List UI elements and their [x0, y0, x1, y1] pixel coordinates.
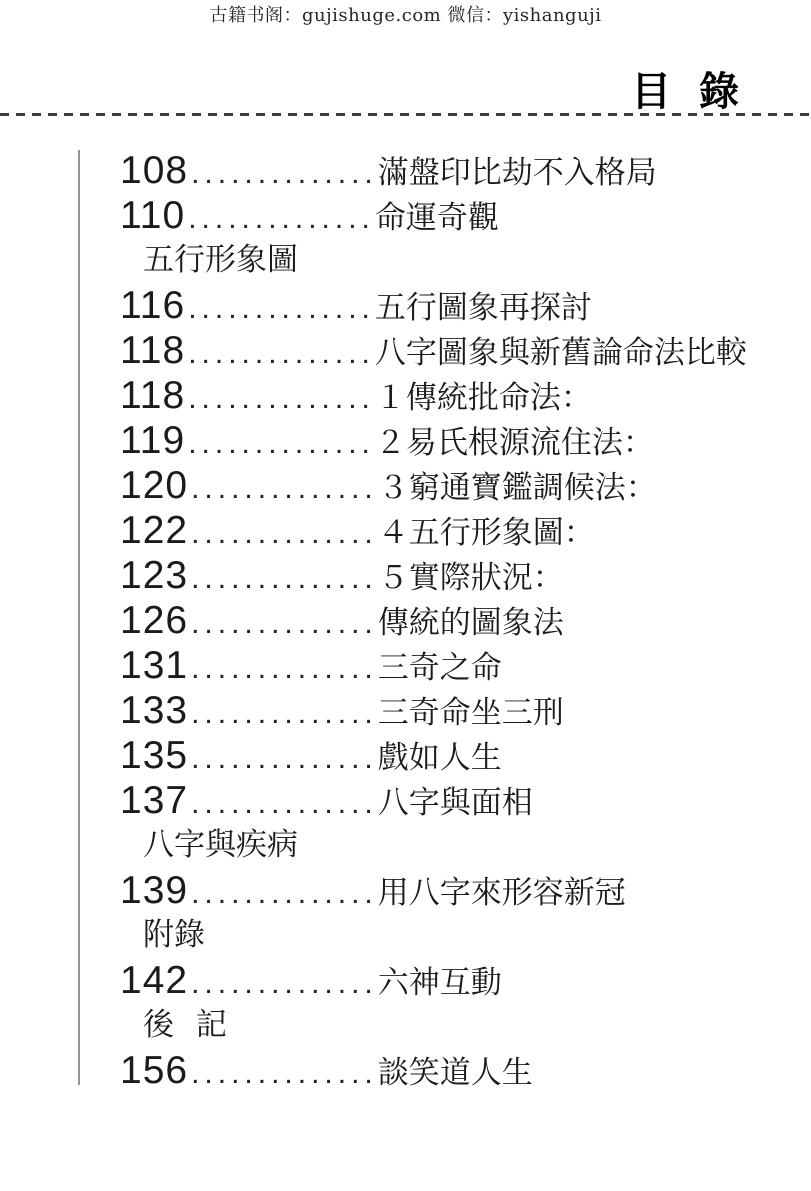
entry-title: 滿盤印比劫不入格局	[378, 155, 657, 191]
leader-dots: ..............	[191, 157, 378, 190]
page-number: 133	[120, 689, 188, 732]
dashed-divider	[0, 113, 811, 116]
entry-title: ３窮通寶鑑調候法：	[378, 470, 657, 506]
leader-dots: ..............	[191, 517, 378, 550]
entry-title: 五行形象圖	[143, 242, 298, 278]
toc-section-header: 後 記	[120, 1003, 780, 1048]
page-number: 139	[120, 869, 188, 912]
entry-title: 戲如人生	[378, 740, 502, 776]
entry-title: 八字與面相	[378, 785, 533, 821]
leader-dots: ..............	[188, 292, 375, 325]
toc-entry: 123..............５實際狀況：	[120, 553, 780, 598]
toc-entry: 116..............五行圖象再探討	[120, 283, 780, 328]
toc-list: 108..............滿盤印比劫不入格局 110..........…	[120, 148, 780, 1093]
toc-entry: 137..............八字與面相	[120, 778, 780, 823]
page-number: 142	[120, 959, 188, 1002]
entry-title: 八字與疾病	[143, 827, 298, 863]
entry-title: 後 記	[143, 1007, 227, 1043]
leader-dots: ..............	[191, 697, 378, 730]
watermark-banner: 古籍书阁：gujishuge.com 微信：yishanguji	[0, 1, 811, 27]
toc-entry: 156..............談笑道人生	[120, 1048, 780, 1093]
leader-dots: ..............	[191, 967, 378, 1000]
page-number: 118	[120, 374, 185, 417]
page-number: 156	[120, 1049, 188, 1092]
entry-title: １傳統批命法：	[375, 380, 592, 416]
leader-dots: ..............	[188, 427, 375, 460]
leader-dots: ..............	[191, 877, 378, 910]
page-number: 108	[120, 149, 188, 192]
toc-entry: 108..............滿盤印比劫不入格局	[120, 148, 780, 193]
toc-entry: 131..............三奇之命	[120, 643, 780, 688]
leader-dots: ..............	[191, 562, 378, 595]
toc-entry: 139..............用八字來形容新冠	[120, 868, 780, 913]
toc-entry: 126..............傳統的圖象法	[120, 598, 780, 643]
document-page: 古籍书阁：gujishuge.com 微信：yishanguji 目 錄 108…	[0, 0, 811, 1191]
entry-title: ４五行形象圖：	[378, 515, 595, 551]
page-number: 135	[120, 734, 188, 777]
leader-dots: ..............	[191, 652, 378, 685]
page-title: 目 錄	[631, 72, 741, 112]
page-number: 119	[120, 419, 185, 462]
page-number: 110	[120, 194, 185, 237]
page-number: 120	[120, 464, 188, 507]
entry-title: 六神互動	[378, 965, 502, 1001]
toc-entry: 142..............六神互動	[120, 958, 780, 1003]
leader-dots: ..............	[191, 1057, 378, 1090]
entry-title: 三奇命坐三刑	[378, 695, 564, 731]
entry-title: ２易氏根源流住法：	[375, 425, 654, 461]
toc-section-header: 附錄	[120, 913, 780, 958]
toc-entry: 110..............命運奇觀	[120, 193, 780, 238]
toc-entry: 118..............１傳統批命法：	[120, 373, 780, 418]
page-number: 137	[120, 779, 188, 822]
toc-entry: 133..............三奇命坐三刑	[120, 688, 780, 733]
entry-title: 傳統的圖象法	[378, 605, 564, 641]
toc-entry: 135..............戲如人生	[120, 733, 780, 778]
page-number: 122	[120, 509, 188, 552]
entry-title: 五行圖象再探討	[375, 290, 592, 326]
page-number: 126	[120, 599, 188, 642]
entry-title: 談笑道人生	[378, 1055, 533, 1091]
toc-entry: 119..............２易氏根源流住法：	[120, 418, 780, 463]
toc-section-header: 五行形象圖	[120, 238, 780, 283]
leader-dots: ..............	[191, 472, 378, 505]
page-number: 123	[120, 554, 188, 597]
leader-dots: ..............	[191, 607, 378, 640]
entry-title: 命運奇觀	[375, 200, 499, 236]
entry-title: 用八字來形容新冠	[378, 875, 626, 911]
page-number: 118	[120, 329, 185, 372]
page-number: 131	[120, 644, 188, 687]
watermark-text: 古籍书阁：gujishuge.com 微信：yishanguji	[209, 5, 601, 26]
leader-dots: ..............	[191, 742, 378, 775]
leader-dots: ..............	[191, 787, 378, 820]
toc-entry: 118..............八字圖象與新舊論命法比較	[120, 328, 780, 373]
leader-dots: ..............	[188, 202, 375, 235]
entry-title: 三奇之命	[378, 650, 502, 686]
left-margin-line	[78, 150, 80, 1085]
entry-title: ５實際狀況：	[378, 560, 564, 596]
toc-entry: 122..............４五行形象圖：	[120, 508, 780, 553]
page-number: 116	[120, 284, 185, 327]
toc-section-header: 八字與疾病	[120, 823, 780, 868]
leader-dots: ..............	[188, 337, 375, 370]
entry-title: 附錄	[143, 917, 205, 953]
leader-dots: ..............	[188, 382, 375, 415]
entry-title: 八字圖象與新舊論命法比較	[375, 335, 747, 371]
toc-entry: 120..............３窮通寶鑑調候法：	[120, 463, 780, 508]
